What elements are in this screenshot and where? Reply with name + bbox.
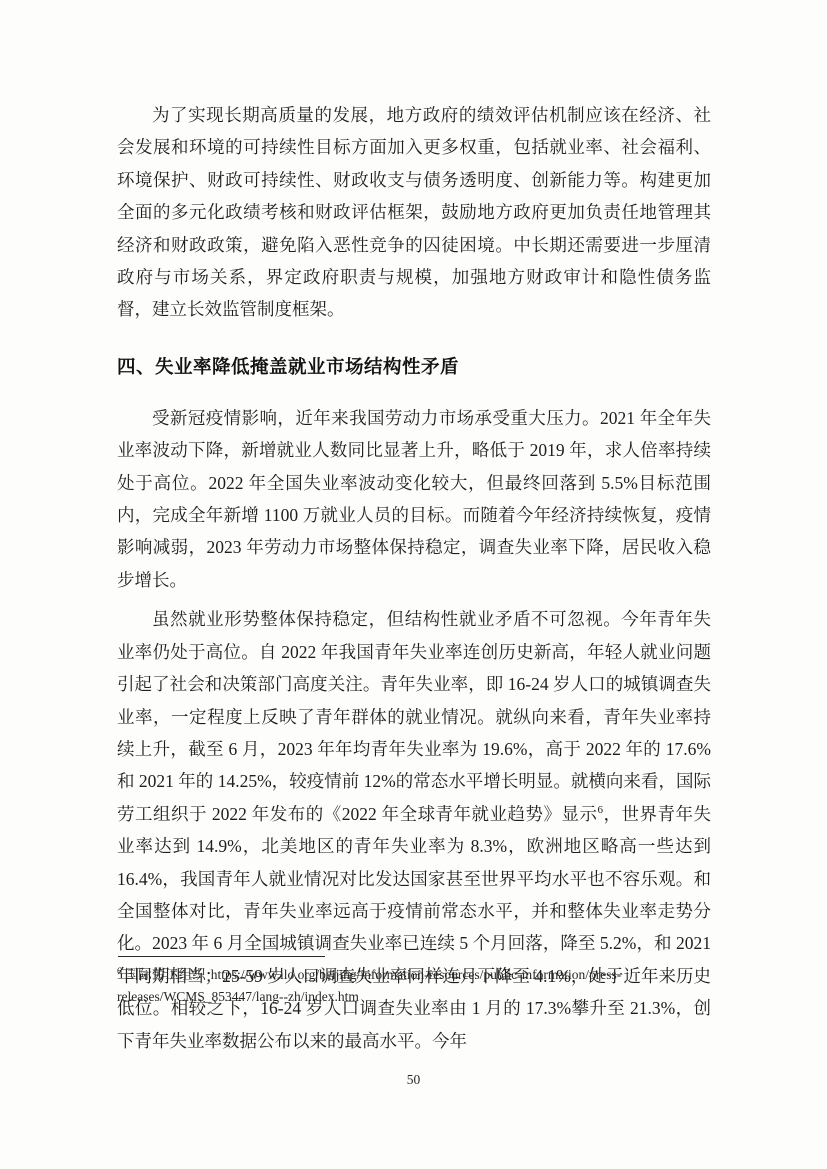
page-number: 50 — [0, 1072, 827, 1088]
footnote-source-label: 国际劳工组织 — [125, 967, 206, 982]
footnote-area: 6国际劳工组织https://www.ilo.org/beijing/infor… — [117, 956, 711, 1007]
paragraph-governance-recommendations: 为了实现长期高质量的发展，地方政府的绩效评估机制应该在经济、社会发展和环境的可持… — [117, 99, 711, 326]
paragraph-labor-market-overview: 受新冠疫情影响，近年来我国劳动力市场承受重大压力。2021 年全年失业率波动下降… — [117, 402, 711, 596]
footnote-divider — [118, 956, 325, 957]
footnote-marker: 6 — [117, 967, 122, 977]
page-content: 为了实现长期高质量的发展，地方政府的绩效评估机制应该在经济、社会发展和环境的可持… — [117, 99, 711, 1057]
youth-paragraph-text-before-ref: 虽然就业形势整体保持稳定，但结构性就业矛盾不可忽视。今年青年失业率仍处于高位。自… — [117, 609, 711, 823]
document-page: 为了实现长期高质量的发展，地方政府的绩效评估机制应该在经济、社会发展和环境的可持… — [0, 0, 827, 1169]
youth-paragraph-text-after-ref: ，世界青年失业率达到 14.9%，北美地区的青年失业率为 8.3%，欧洲地区略高… — [117, 804, 711, 1051]
section-heading-unemployment: 四、失业率降低掩盖就业市场结构性矛盾 — [117, 351, 711, 382]
footnote-text: 6国际劳工组织https://www.ilo.org/beijing/infor… — [117, 964, 711, 1007]
